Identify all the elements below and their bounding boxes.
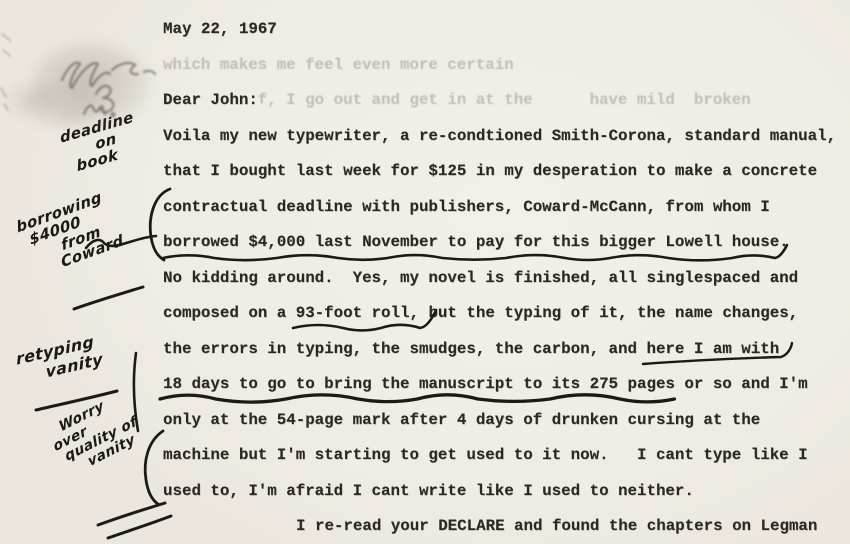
typed-text: contractual deadline with publishers, Co… xyxy=(163,198,770,216)
typed-text: composed on a xyxy=(163,304,296,322)
worry-note-underline-2 xyxy=(108,516,171,538)
typed-line: No kidding around. Yes, my novel is fini… xyxy=(163,261,850,297)
typed-text: the errors in typing, the smudges, the c… xyxy=(163,340,646,358)
margin-note-deadline-on-book: deadline on book xyxy=(58,109,144,176)
margin-note-worry-over-quality: Worry over quality of vanity xyxy=(44,389,146,479)
margin-note-retyping-vanity: retyping vanity xyxy=(14,331,105,387)
typed-text: or so and I'm xyxy=(675,375,808,393)
typed-text: Dear John: xyxy=(163,91,258,109)
typed-line: Voila my new typewriter, a re-condtioned… xyxy=(163,119,850,155)
typed-text: Voila my new typewriter, a re-condtioned… xyxy=(163,127,836,145)
typed-text: borrowed $4,000 last November to pay for… xyxy=(163,233,789,251)
typed-text: No kidding around. Yes, my novel is fini… xyxy=(163,269,798,287)
typed-text: machine but I'm starting to get used to … xyxy=(163,446,808,464)
typed-text: 18 days to go to bring the manuscript to… xyxy=(163,375,675,393)
worry-note-underline-1 xyxy=(98,503,165,525)
typed-line: I re-read your DECLARE and found the cha… xyxy=(163,509,850,544)
margin-note-borrowing-from-coward: borrowing $4000 from Coward xyxy=(14,187,126,280)
coward-note-underline xyxy=(74,287,143,309)
typed-line: which makes me feel even more certain xyxy=(163,48,850,84)
typed-line: 18 days to go to bring the manuscript to… xyxy=(163,367,850,403)
typed-text: May 22, 1967 xyxy=(163,20,277,38)
typed-line: the errors in typing, the smudges, the c… xyxy=(163,332,850,368)
typed-line: May 22, 1967 xyxy=(163,12,850,48)
typed-line: contractual deadline with publishers, Co… xyxy=(163,190,850,226)
typed-line: composed on a 93-foot roll, but the typi… xyxy=(163,296,850,332)
letter-page: May 22, 1967which makes me feel even mor… xyxy=(0,0,850,544)
typed-text: I re-read your DECLARE and found the cha… xyxy=(296,517,817,535)
typed-text: but the typing of it, the name changes, xyxy=(419,304,798,322)
typed-line: used to, I'm afraid I cant write like I … xyxy=(163,474,850,510)
typed-text: that I bought last week for $125 in my d… xyxy=(163,162,817,180)
ghost-typed-text: which makes me feel even more certain xyxy=(163,56,514,74)
typed-line: machine but I'm starting to get used to … xyxy=(163,438,850,474)
typed-text: 93-foot roll, xyxy=(296,304,419,322)
typed-line: that I bought last week for $125 in my d… xyxy=(163,154,850,190)
ghost-typed-text: f, I go out and get in at the have mild … xyxy=(258,91,751,109)
typed-text-block: May 22, 1967which makes me feel even mor… xyxy=(163,12,850,544)
typed-text: here I am with xyxy=(646,340,779,358)
typed-line: Dear John:f, I go out and get in at the … xyxy=(163,83,850,119)
erased-scrawl-smudge xyxy=(25,42,155,127)
left-brace-machine xyxy=(145,431,163,504)
paper-edge-specks xyxy=(1,34,11,110)
typed-text: only at the 54-page mark after 4 days of… xyxy=(163,411,760,429)
typed-line: only at the 54-page mark after 4 days of… xyxy=(163,403,850,439)
typed-line: borrowed $4,000 last November to pay for… xyxy=(163,225,850,261)
typed-text: used to, I'm afraid I cant write like I … xyxy=(163,482,694,500)
